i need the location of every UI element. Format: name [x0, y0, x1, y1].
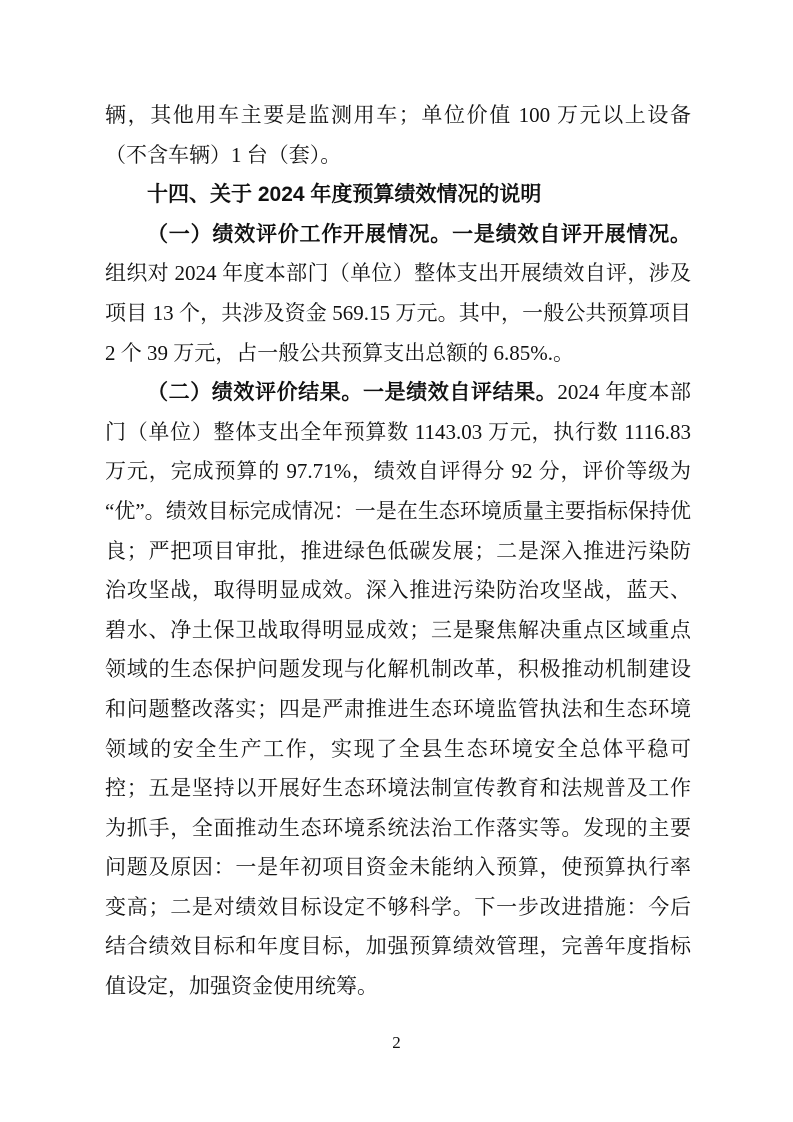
page-number: 2	[0, 1033, 793, 1053]
section-heading: 十四、关于 2024 年度预算绩效情况的说明	[105, 175, 691, 215]
paragraph-continuation: 辆，其他用车主要是监测用车；单位价值 100 万元以上设备（不含车辆）1 台（套…	[105, 96, 691, 175]
content-area: 辆，其他用车主要是监测用车；单位价值 100 万元以上设备（不含车辆）1 台（套…	[105, 96, 691, 1007]
paragraph-continuation-text: 辆，其他用车主要是监测用车；单位价值 100 万元以上设备（不含车辆）1 台（套…	[105, 103, 691, 167]
paragraph-item-1-body: 组织对 2024 年度本部门（单位）整体支出开展绩效自评，涉及项目 13 个，共…	[105, 261, 691, 364]
section-heading-text: 十四、关于 2024 年度预算绩效情况的说明	[147, 183, 541, 206]
paragraph-item-1-lead: （一）绩效评价工作开展情况。一是绩效自评开展情况。	[147, 222, 691, 246]
paragraph-item-2-lead: （二）绩效评价结果。一是绩效自评结果。	[147, 380, 557, 404]
paragraph-item-1: （一）绩效评价工作开展情况。一是绩效自评开展情况。组织对 2024 年度本部门（…	[105, 215, 691, 373]
document-page: 辆，其他用车主要是监测用车；单位价值 100 万元以上设备（不含车辆）1 台（套…	[0, 0, 793, 1122]
paragraph-item-2-body: 2024 年度本部门（单位）整体支出全年预算数 1143.03 万元，执行数 1…	[105, 380, 691, 998]
paragraph-item-2: （二）绩效评价结果。一是绩效自评结果。2024 年度本部门（单位）整体支出全年预…	[105, 373, 691, 1007]
